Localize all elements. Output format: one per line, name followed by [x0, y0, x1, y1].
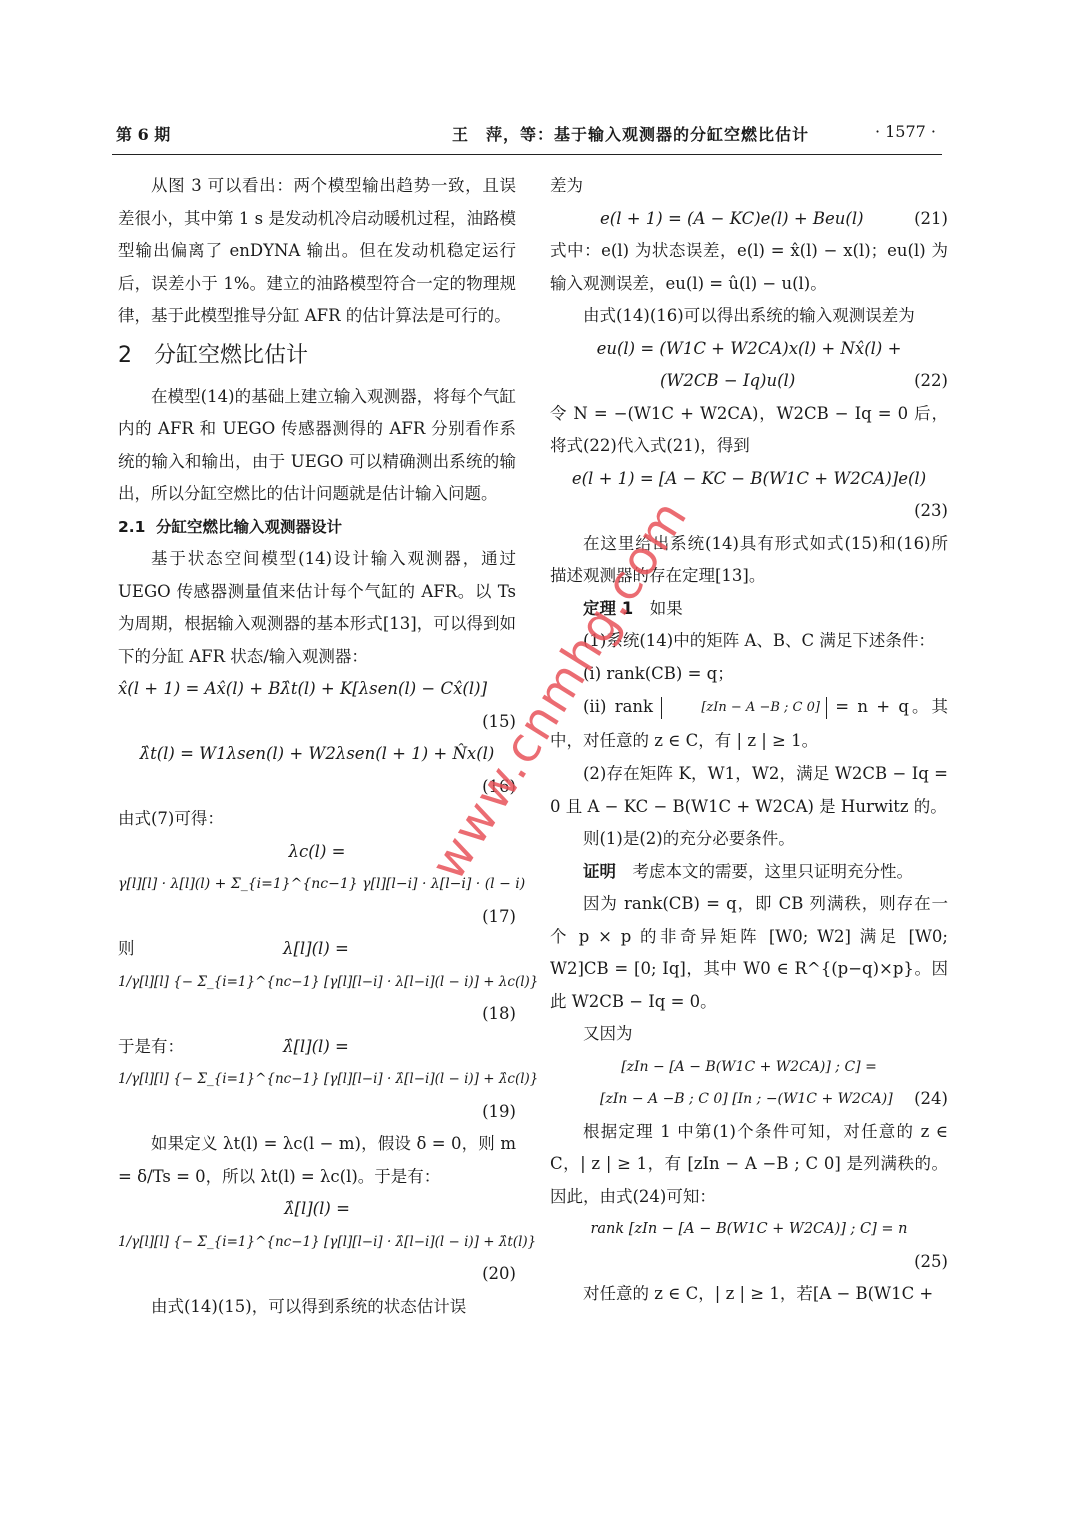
equation-24-line2: [zIn − A −B ; C 0] [In ; −(W1C + W2CA)] [600, 1091, 893, 1107]
equation-20-lhs: λ̂[l](l) = [118, 1193, 516, 1226]
equation-21: e(l + 1) = (A − KC)e(l) + Beu(l) [600, 209, 864, 228]
equation-24-line1: [zIn − [A − B(W1C + W2CA)] ; C] = [550, 1051, 948, 1084]
subsection-title: 分缸空燃比输入观测器设计 [156, 518, 342, 536]
equation-number: (21) [914, 203, 948, 236]
text-label: 于是有： [118, 1037, 184, 1056]
paragraph: 式中：e(l) 为状态误差，e(l) = x̂(l) − x(l)；eu(l) … [550, 235, 948, 300]
subsection-number: 2.1 [118, 511, 156, 544]
text-label: 则 [118, 939, 135, 958]
running-header: 第 6 期 王 萍，等：基于输入观测器的分缸空燃比估计 · 1577 · [112, 120, 942, 155]
equation-24-line2-row: [zIn − A −B ; C 0] [In ; −(W1C + W2CA)] … [550, 1083, 948, 1116]
equation-number: (24) [914, 1083, 948, 1116]
running-title: 王 萍，等：基于输入观测器的分缸空燃比估计 [452, 122, 809, 145]
proof-label: 证明 [583, 862, 616, 881]
section-title: 分缸空燃比估计 [154, 343, 308, 368]
equation-number: (20) [118, 1258, 516, 1291]
equation-number: (23) [550, 495, 948, 528]
condition-1-i: (i) rank(CB) = q； [550, 658, 948, 691]
equation-number: (17) [118, 901, 516, 934]
paragraph: 如果定义 λt(l) = λc(l − m)，假设 δ = 0，则 m = δ/… [118, 1128, 516, 1193]
proof-intro: 考虑本文的需要，这里只证明充分性。 [633, 862, 914, 881]
rank-prefix: (ii) rank [583, 697, 653, 716]
equation-18-lhs-row: 则 λ[l](l) = [118, 933, 516, 966]
paragraph: 因为 rank(CB) = q，即 CB 列满秩，则存在一个 p × p 的非奇… [550, 888, 948, 1018]
right-column: 差为 e(l + 1) = (A − KC)e(l) + Beu(l) (21)… [550, 170, 948, 1311]
equation-18-lhs: λ[l](l) = [283, 933, 349, 966]
equation-21-row: e(l + 1) = (A − KC)e(l) + Beu(l) (21) [550, 203, 948, 236]
paragraph: 又因为 [550, 1018, 948, 1051]
equation-number: (15) [118, 706, 516, 739]
equation-number: (19) [118, 1096, 516, 1129]
equation-22-line2: (W2CB − Iq)u(l) [660, 371, 795, 390]
conclusion: 则(1)是(2)的充分必要条件。 [550, 823, 948, 856]
condition-2: (2)存在矩阵 K，W1，W2，满足 W2CB − Iq = 0 且 A − K… [550, 758, 948, 823]
equation-number: (25) [550, 1246, 948, 1279]
equation-23: e(l + 1) = [A − KC − B(W1C + W2CA)]e(l) [550, 463, 948, 496]
section-number: 2 [118, 337, 154, 375]
equation-22-line1: eu(l) = (W1C + W2CA)x(l) + Nx̂(l) + [550, 333, 948, 366]
paragraph: 在模型(14)的基础上建立输入观测器，将每个气缸内的 AFR 和 UEGO 传感… [118, 381, 516, 511]
block-matrix: [zIn − A −B ; C 0] [661, 697, 827, 719]
equation-number: (16) [118, 771, 516, 804]
subsection-heading-2-1: 2.1分缸空燃比输入观测器设计 [118, 511, 516, 544]
paragraph: 根据定理 1 中第(1)个条件可知，对任意的 z ∈ C，| z | ≥ 1，有… [550, 1116, 948, 1214]
left-column: 从图 3 可以看出：两个模型输出趋势一致，且误差很小，其中第 1 s 是发动机冷… [118, 170, 516, 1323]
section-heading-2: 2分缸空燃比估计 [118, 337, 516, 375]
equation-19-lhs-row: 于是有： λ̂[l](l) = [118, 1031, 516, 1064]
paragraph: 差为 [550, 170, 948, 203]
issue-number: 第 6 期 [116, 122, 170, 145]
paragraph: 对任意的 z ∈ C，| z | ≥ 1，若[A − B(W1C + [550, 1278, 948, 1311]
theorem-intro: 如果 [650, 599, 683, 618]
condition-1-ii: (ii) rank [zIn − A −B ; C 0] = n + q。其中，… [550, 690, 948, 758]
paragraph: 由式(14)(15)，可以得到系统的状态估计误 [118, 1291, 516, 1324]
equation-22-line2-row: (W2CB − Iq)u(l) (22) [550, 365, 948, 398]
equation-18-rhs: 1/γ[l][l] {− Σ_{i=1}^{nc−1} [γ[l][l−i] ·… [118, 966, 516, 999]
paragraph: 从图 3 可以看出：两个模型输出趋势一致，且误差很小，其中第 1 s 是发动机冷… [118, 170, 516, 333]
equation-25: rank [zIn − [A − B(W1C + W2CA)] ; C] = n [550, 1213, 948, 1246]
equation-number: (22) [914, 365, 948, 398]
paragraph: 令 N = −(W1C + W2CA)，W2CB − Iq = 0 后，将式(2… [550, 398, 948, 463]
equation-19-rhs: 1/γ[l][l] {− Σ_{i=1}^{nc−1} [γ[l][l−i] ·… [118, 1063, 516, 1096]
paragraph: 基于状态空间模型(14)设计输入观测器，通过 UEGO 传感器测量值来估计每个气… [118, 543, 516, 673]
proof: 证明 考虑本文的需要，这里只证明充分性。 [550, 856, 948, 889]
equation-number: (18) [118, 998, 516, 1031]
equation-15: x̂(l + 1) = Ax̂(l) + Bλ̂t(l) + K[λsen(l)… [118, 673, 516, 706]
paragraph: 由式(14)(16)可以得出系统的输入观测误差为 [550, 300, 948, 333]
equation-16: λ̂t(l) = W1λsen(l) + W2λsen(l + 1) + N̂x… [118, 738, 516, 771]
equation-19-lhs: λ̂[l](l) = [283, 1031, 349, 1064]
page-number: · 1577 · [875, 122, 936, 141]
equation-20-rhs: 1/γ[l][l] {− Σ_{i=1}^{nc−1} [γ[l][l−i] ·… [118, 1226, 516, 1259]
